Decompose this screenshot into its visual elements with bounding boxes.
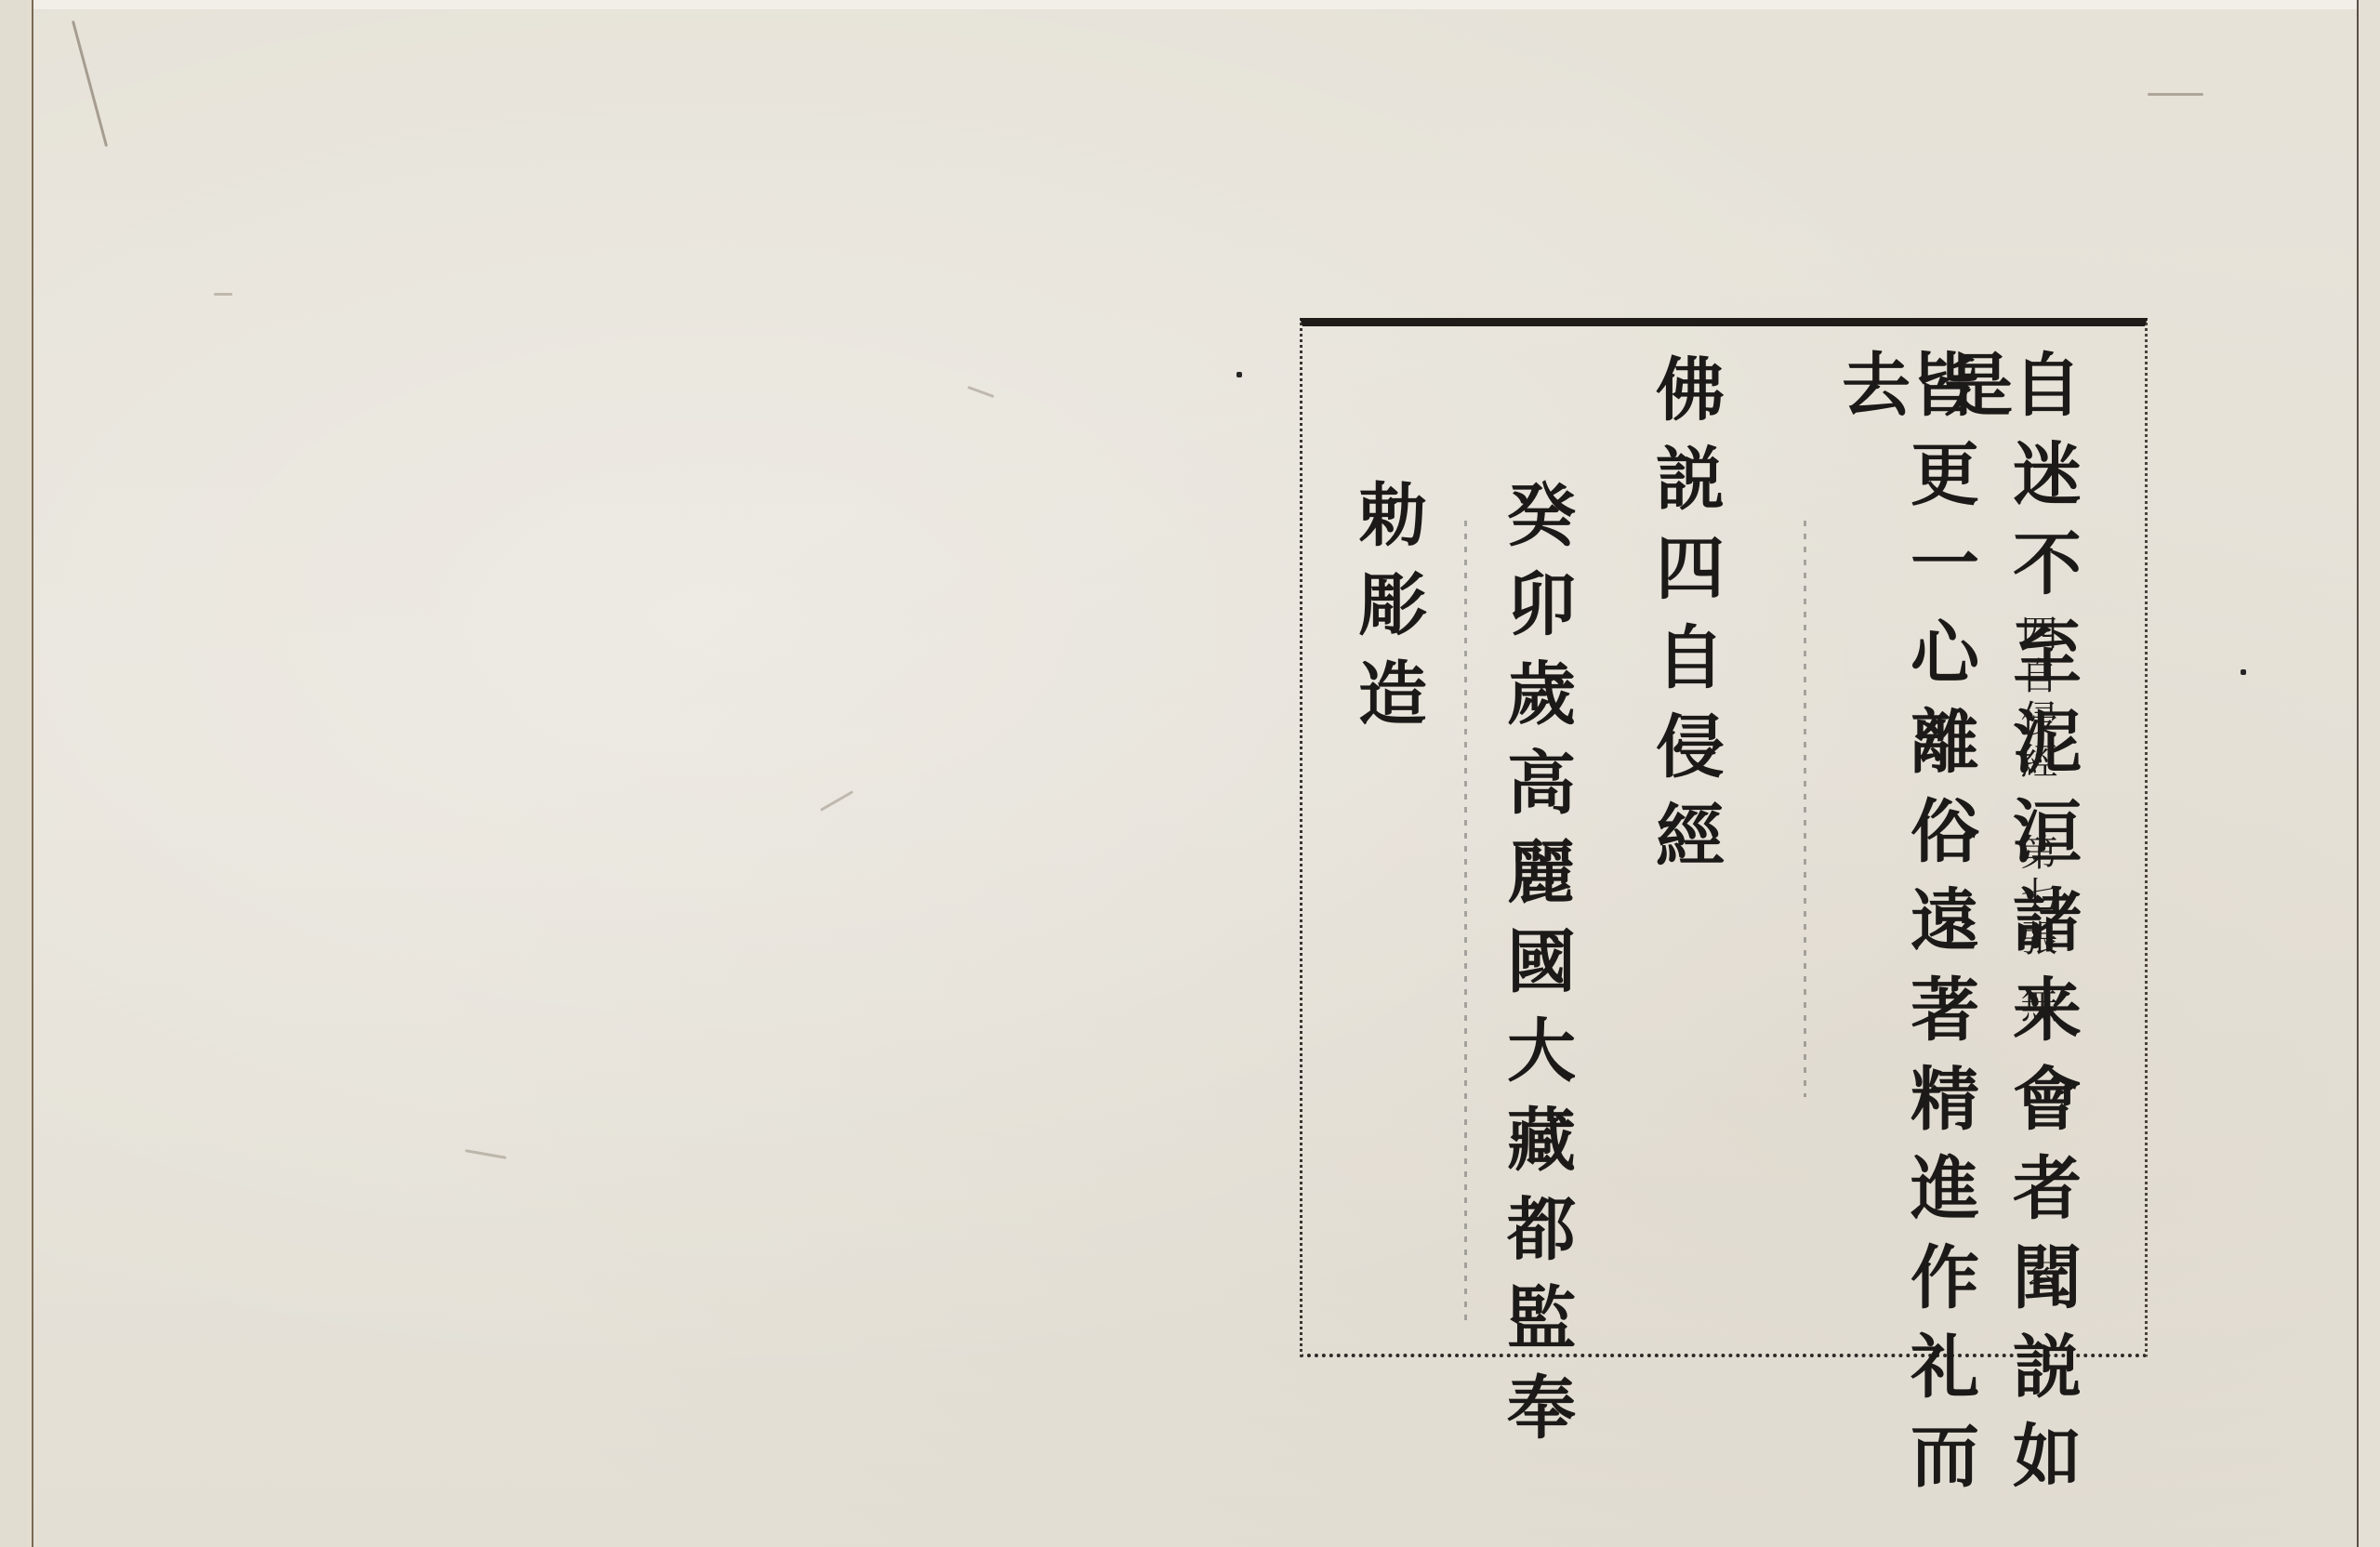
paper-page: 自迷不至泥洹諸来會者聞説如是 皆更一心離俗遠著精進作礼而去 四自侵經 第七張 無… bbox=[0, 0, 2380, 1547]
marginal-case-mark: 無 bbox=[2017, 985, 2055, 1028]
paper-fiber bbox=[2241, 669, 2246, 675]
sutra-title-column: 佛説四自侵經 bbox=[1650, 353, 1719, 889]
right-page-edge bbox=[2357, 0, 2380, 1547]
paper-fiber bbox=[820, 790, 853, 812]
column-rule bbox=[1464, 521, 1467, 1320]
paper-fiber bbox=[967, 386, 994, 398]
column-rule bbox=[1804, 521, 1806, 1097]
left-page-edge bbox=[0, 0, 33, 1547]
paper-fiber bbox=[1236, 372, 1242, 377]
text-column-2: 皆更一心離俗遠著精進作礼而去 bbox=[1836, 349, 1974, 1547]
colophon-column-2: 勅彫造 bbox=[1353, 479, 1421, 747]
marginal-title-sheet: 四自侵經 第七張 bbox=[2017, 614, 2055, 961]
marginal-bottom-mark: 玄 bbox=[2022, 1255, 2054, 1292]
paper-fiber bbox=[214, 293, 232, 296]
page-top-edge bbox=[0, 0, 2380, 9]
paper-fiber bbox=[72, 20, 108, 147]
paper-fiber bbox=[465, 1149, 507, 1159]
paper-fiber bbox=[2148, 93, 2203, 96]
colophon-column-1: 癸卯歲高麗國大藏都監奉 bbox=[1501, 479, 1570, 1461]
